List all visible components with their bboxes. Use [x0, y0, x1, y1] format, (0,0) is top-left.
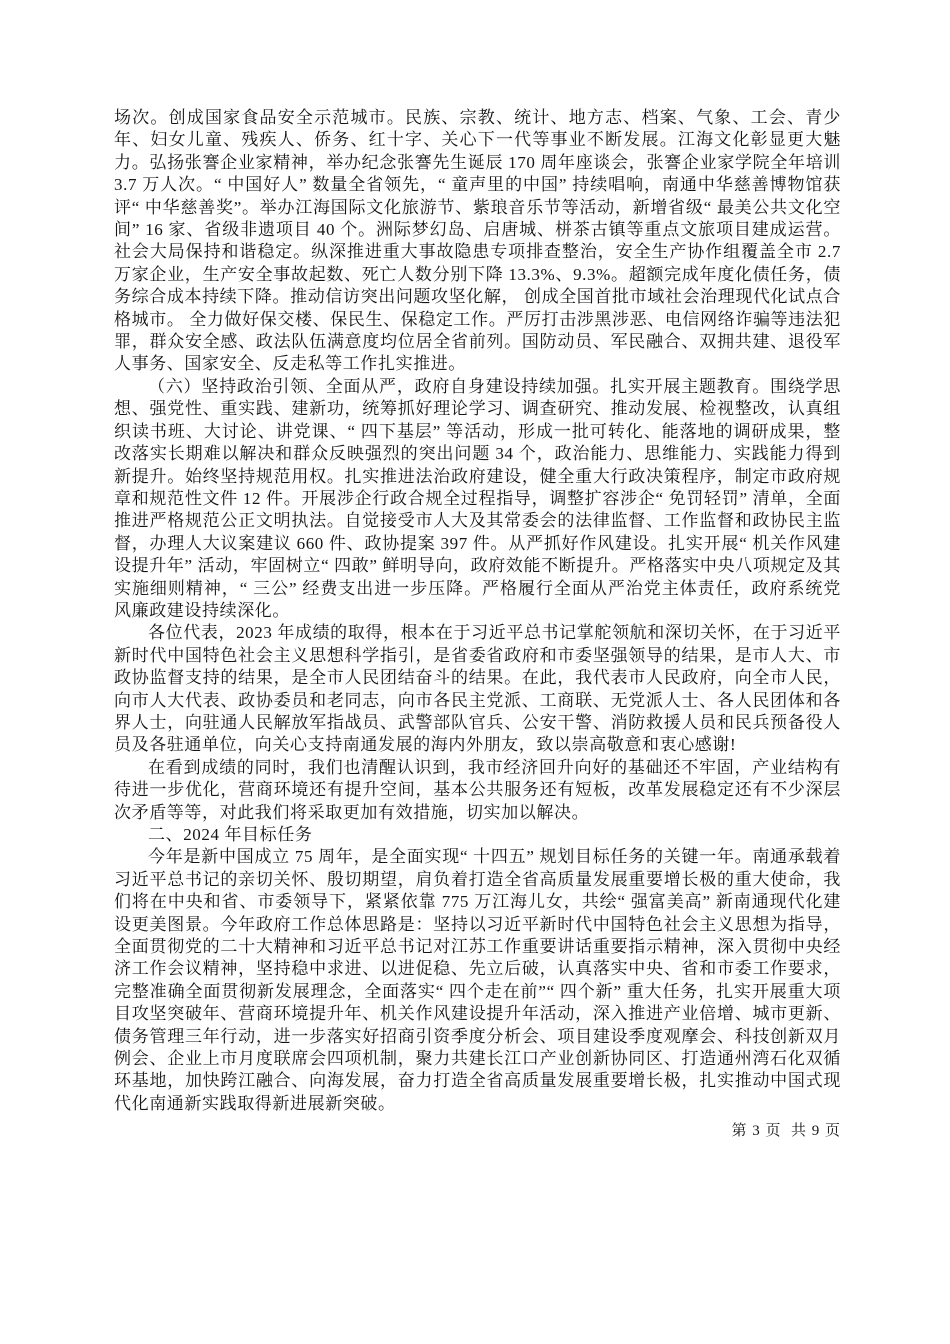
- document-page: 场次。创成国家食品安全示范城市。民族、宗教、统计、地方志、档案、气象、工会、青少…: [0, 0, 950, 1344]
- paragraph-problems: 在看到成绩的同时，我们也清醒认识到，我市经济回升向好的基础还不牢固，产业结构有待…: [114, 757, 841, 824]
- paragraph-continuation: 场次。创成国家食品安全示范城市。民族、宗教、统计、地方志、档案、气象、工会、青少…: [114, 107, 841, 376]
- page-number: 第 3 页 共 9 页: [114, 1121, 841, 1141]
- paragraph-acknowledgement: 各位代表，2023 年成绩的取得，根本在于习近平总书记掌舵领航和深切关怀，在于习…: [114, 622, 841, 756]
- heading-2024-targets: 二、2024 年目标任务: [114, 824, 841, 846]
- paragraph-section-six: （六）坚持政治引领、全面从严，政府自身建设持续加强。扎实开展主题教育。围绕学思想…: [114, 376, 841, 622]
- document-body: 场次。创成国家食品安全示范城市。民族、宗教、统计、地方志、档案、气象、工会、青少…: [114, 107, 841, 1115]
- paragraph-2024-overview: 今年是新中国成立 75 周年，是全面实现“ 十四五” 规划目标任务的关键一年。南…: [114, 846, 841, 1115]
